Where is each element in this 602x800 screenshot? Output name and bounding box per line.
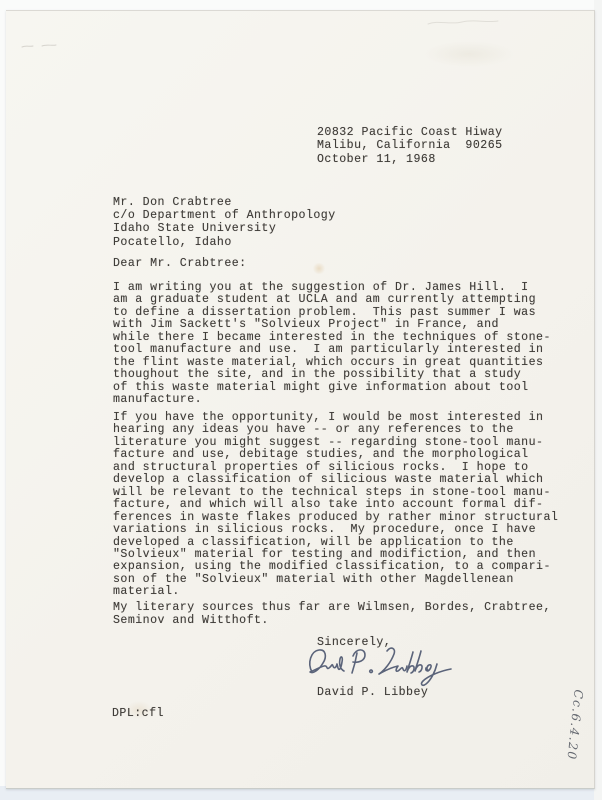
reference-initials: DPL:cfl [112,708,164,721]
scanned-letter: 20832 Pacific Coast Hiway Malibu, Califo… [0,0,602,800]
body-paragraph-1: I am writing you at the suggestion of Dr… [113,282,551,407]
body-paragraph-2: If you have the opportunity, I would be … [113,412,558,599]
paper-stain [312,263,326,274]
typed-signature-name: David P. Libbey [317,687,428,700]
paper-stain [424,41,514,67]
handwritten-signature [305,644,463,690]
sender-address-block: 20832 Pacific Coast Hiway Malibu, Califo… [317,126,503,166]
salutation: Dear Mr. Crabtree: [113,258,247,271]
recipient-address-block: Mr. Don Crabtree c/o Department of Anthr… [113,196,336,249]
scanner-background-right [594,0,602,800]
body-paragraph-3: My literary sources thus far are Wilmsen… [113,601,551,627]
